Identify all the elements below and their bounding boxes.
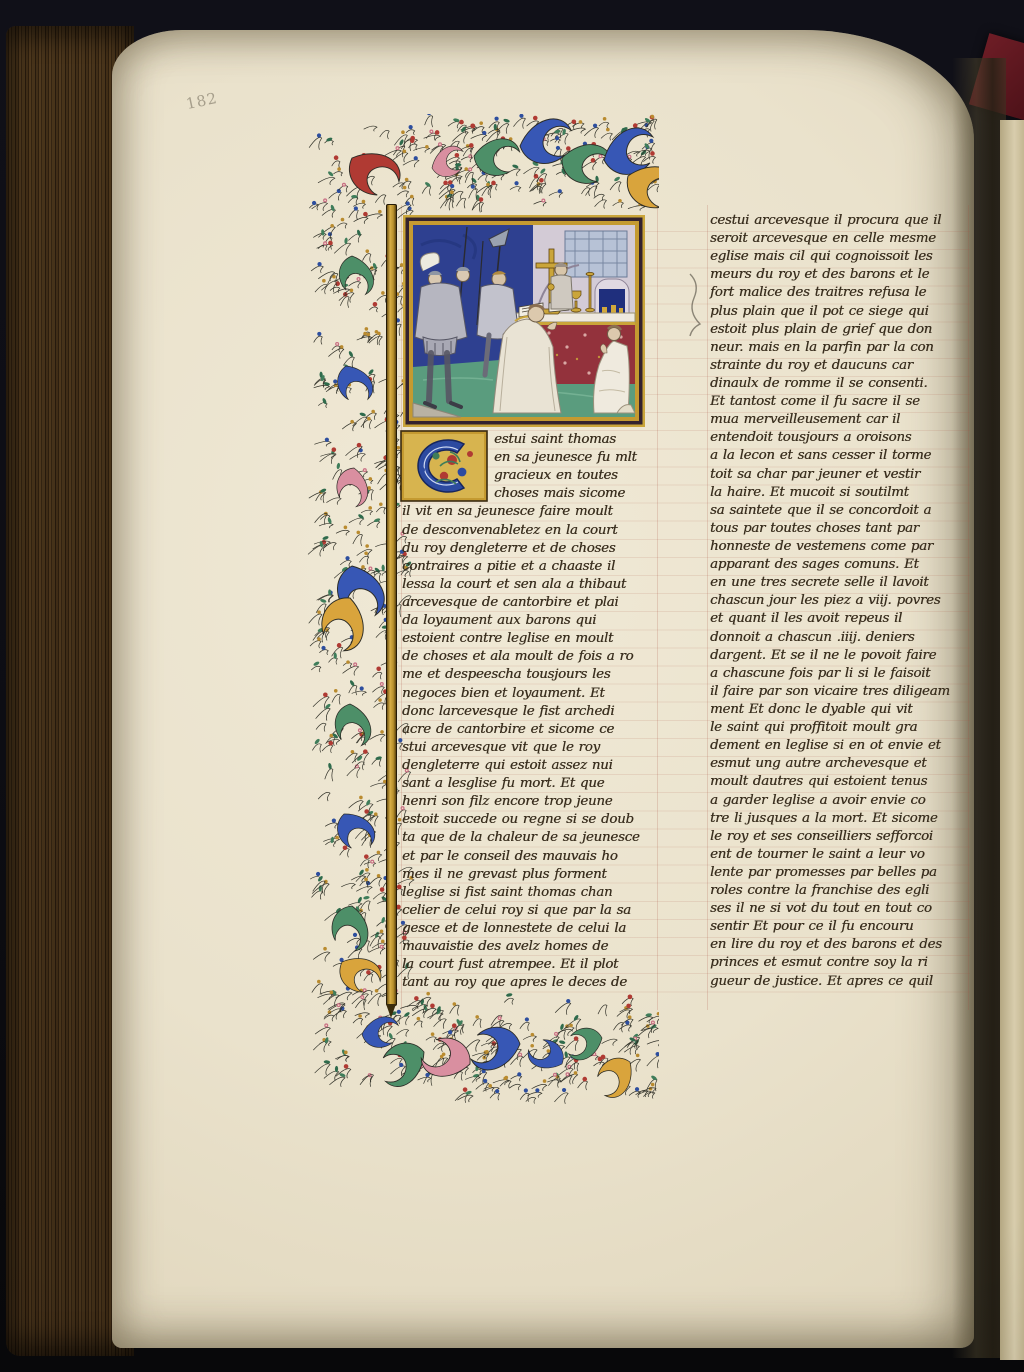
border-sprig [347,933,360,945]
border-sprig [354,212,368,224]
border-sprig [513,114,525,129]
text-line: en lire du roy et des barons et des [710,936,968,954]
border-sprig [396,1029,408,1036]
text-line: me et despeescha tousjours les [402,666,656,684]
border-sprig [554,1088,568,1104]
text-line: meurs du roy et des barons et le [710,266,968,284]
text-line: gracieux en toutes [402,467,656,485]
border-sprig [584,124,598,138]
border-sprig [364,970,373,983]
manuscript-photo: 182 [0,0,1024,1372]
text-line: estui saint thomas [402,431,656,449]
border-sprig [578,1077,588,1090]
border-sprig [353,412,368,428]
border-sprig [369,302,377,312]
text-line: le saint qui proffitoit moult gra [710,719,968,737]
border-sprig [372,682,384,694]
text-line: neur. mais en la parfin par la con [710,339,968,357]
border-sprig [348,277,360,288]
border-sprig [599,117,609,128]
border-sprig [566,1036,579,1050]
border-sprig [395,201,411,214]
border-sprig [561,1072,572,1084]
text-line: celier de celui roy si que par la sa [402,902,656,920]
border-sprig [523,161,539,176]
text-line: toit sa char par jeuner et vestir [710,466,968,484]
border-sprig [534,199,547,207]
text-line: arcevesque de cantorbire et plai [402,594,656,612]
border-sprig [602,1039,617,1045]
border-sprig [314,332,323,345]
border-sprig [312,980,323,995]
text-line: gueur de justice. Et apres ce quil [710,973,968,991]
text-line: la haire. Et mucoit si soutilmt [710,484,968,502]
border-acanthus-scroll [337,254,374,297]
border-sprig [425,114,433,127]
border-sprig [465,1074,480,1082]
right-text-column: cestui arcevesque il procura que ilseroi… [710,212,968,991]
border-sprig [353,531,363,546]
border-sprig [318,170,335,184]
border-sprig [342,420,356,431]
border-sprig [315,1023,330,1036]
border-sprig [511,1072,522,1081]
border-sprig [647,1052,659,1068]
text-line: le roy et ses conseilliers sefforcoi [710,828,968,846]
border-sprig [346,750,358,762]
border-acanthus-scroll [469,1026,522,1072]
border-sprig [450,1002,459,1015]
text-line: stui arcevesque vit que le roy [402,739,656,757]
border-sprig [312,738,321,752]
border-sprig [355,995,366,1010]
text-line: ses il ne si vot du tout en tout co [710,900,968,918]
text-line: eglise mais cil qui cognoissoit les [710,248,968,266]
border-bar-finial [386,1004,396,1018]
border-sprig [325,137,334,145]
text-line: et par le conseil des mauvais ho [402,848,656,866]
border-sprig [527,1088,541,1097]
border-sprig [452,126,468,144]
border-sprig [357,544,372,557]
border-sprig [500,1076,511,1089]
text-line: esmut ung autre archevesque et [710,755,968,773]
text-line: henri son filz encore trop jeune [402,793,656,811]
text-line: strainte du roy et daucuns car [710,357,968,375]
border-sprig [406,125,415,135]
border-sprig [319,646,328,655]
border-sprig [318,398,327,408]
border-sprig [364,860,376,867]
border-acanthus-scroll [472,135,521,179]
border-gold-bar [386,204,397,1006]
text-line: du roy dengleterre et de choses [402,540,656,558]
text-line: entendoit tousjours a oroisons [710,429,968,447]
border-sprig [329,189,342,201]
left-text-column: estui saint thomasen sa jeunesce fu mltg… [402,431,656,992]
border-sprig [313,229,326,239]
border-sprig [529,174,538,190]
border-sprig [647,1038,659,1046]
text-line: Et tantost come il fu sacre il se [710,393,968,411]
border-sprig [509,1084,520,1090]
marginal-pen-mark [676,270,706,340]
border-sprig [490,1089,500,1100]
text-line: tous par toutes choses tant par [710,520,968,538]
text-line: donc larcevesque le fist archedi [402,703,656,721]
border-sprig [619,1037,636,1055]
text-line: negoces bien et loyaument. Et [402,685,656,703]
border-sprig [348,896,362,907]
border-sprig [313,875,325,893]
border-sprig [333,167,342,176]
text-line: honneste de vestemens come par [710,538,968,556]
border-sprig [372,756,382,767]
text-line: ment Et donc le dyable qui vit [710,701,968,719]
border-sprig [309,610,322,625]
border-sprig [313,947,330,962]
border-sprig [332,643,343,658]
border-sprig [598,1005,607,1016]
border-sprig [332,689,340,705]
border-sprig [473,121,484,133]
border-sprig [471,131,487,141]
border-sprig [348,195,358,205]
text-line: et quant il les avoit repeus il [710,610,968,628]
text-line: il faire par son vicaire tres diligeam [710,683,968,701]
border-sprig [361,896,371,911]
border-sprig [311,661,321,672]
text-line: en une tres secrete selle il lavoit [710,574,968,592]
border-sprig [594,194,605,200]
text-line: sentir Et pour ce il fu encouru [710,918,968,936]
text-line: tant au roy que apres le deces de [402,974,656,992]
text-line: apparant des sages comuns. Et [710,556,968,574]
border-sprig [309,133,322,149]
border-sprig [414,1017,422,1028]
text-line: tre li jusques a la mort. Et sicome [710,810,968,828]
text-line: ta que de la chaleur de sa jeunesce [402,829,656,847]
text-line: donnoit a chascun .iiij. deniers [710,629,968,647]
border-sprig [426,1032,436,1042]
border-sprig [403,156,419,167]
text-line: en sa jeunesce fu mlt [402,449,656,467]
border-sprig [328,345,343,358]
border-sprig [561,1071,578,1084]
miniature-scene [413,225,635,417]
border-sprig [422,181,431,195]
border-sprig [369,730,385,742]
text-line: la court fust atrempee. Et il plot [402,956,656,974]
border-sprig [356,881,372,893]
border-sprig [351,869,366,882]
border-sprig [638,1024,652,1038]
border-sprig [440,181,449,192]
text-line: dinaulx de romme il se consenti. [710,375,968,393]
border-sprig [361,506,372,515]
border-sprig [353,1014,363,1025]
border-sprig [316,703,332,721]
border-sprig [532,1079,547,1090]
border-sprig [349,513,365,524]
text-line: contraires a pitie et a chaaste il [402,558,656,576]
border-sprig [332,155,340,168]
border-sprig [337,218,347,229]
border-sprig [316,723,326,731]
text-line: mua merveilleusement car il [710,411,968,429]
text-line: estoit plus plain de grief que don [710,321,968,339]
border-sprig [642,139,655,151]
text-line: sa saintete que il se concordoit a [710,502,968,520]
border-sprig [360,854,369,868]
martyrdom-of-thomas-becket-miniature [403,215,645,427]
border-sprig [390,1063,405,1076]
border-sprig [405,136,417,144]
border-sprig [326,498,341,505]
text-line: acre de cantorbire et sicome ce [402,721,656,739]
border-sprig [325,819,338,829]
text-line: dargent. Et se il ne le povoit faire [710,647,968,665]
text-line: choses mais sicome [402,485,656,503]
border-acanthus-scroll [524,1033,570,1078]
border-acanthus-scroll [589,1050,642,1102]
border-sprig [504,993,513,1005]
border-sprig [565,1014,581,1030]
border-sprig [349,206,358,219]
border-sprig [340,845,350,857]
border-sprig [310,637,321,648]
text-line: a chascune fois par li si le faisoit [710,665,968,683]
text-line: de desconvenabletez en la court [402,522,656,540]
text-line: cestui arcevesque il procura que il [710,212,968,230]
border-sprig [359,551,368,564]
border-sprig [639,1013,653,1023]
border-sprig [372,939,386,950]
border-sprig [510,181,521,191]
text-line: roles contre la franchise des egli [710,882,968,900]
border-sprig [318,224,335,239]
border-sprig [364,126,377,131]
text-line: estoit succede ou regne si se doub [402,811,656,829]
border-acanthus-scroll [328,903,372,953]
border-sprig [318,792,330,801]
border-sprig [343,660,352,667]
text-line: ent de tourner le saint a leur vo [710,846,968,864]
border-sprig [397,186,408,197]
border-sprig [418,1073,431,1082]
border-sprig [448,118,460,128]
border-sprig [473,1015,481,1028]
border-sprig [347,764,360,777]
next-page-edge [1000,120,1024,1360]
text-line: mauvaistie des avelz homes de [402,938,656,956]
border-sprig [613,199,624,208]
border-sprig [366,210,383,219]
border-sprig [322,741,333,753]
border-sprig [456,198,465,208]
border-sprig [520,1017,529,1030]
border-sprig [549,189,563,197]
border-sprig [555,999,571,1015]
border-sprig [315,1060,331,1075]
border-sprig [309,488,327,500]
text-line: princes et esmut contre soy la ri [710,954,968,972]
border-sprig [601,128,612,141]
border-sprig [352,686,367,695]
text-line: seroit arcevesque en celle mesme [710,230,968,248]
text-line: sant a lesglise fu mort. Et que [402,775,656,793]
border-acanthus-scroll [332,947,386,1001]
text-line: chascun jour les piez a viij. povres [710,592,968,610]
text-line: a garder leglise a avoir envie co [710,792,968,810]
border-sprig [368,989,381,1006]
border-sprig [311,262,323,273]
text-line: fort malice des traitres refusa le [710,284,968,302]
border-sprig [367,518,380,528]
text-line: lessa la court et sen ala a thibaut [402,576,656,594]
border-sprig [324,1010,334,1021]
border-acanthus-scroll [334,466,372,509]
text-line: moult dautres qui estoient tenus [710,773,968,791]
border-acanthus-scroll [334,703,371,746]
border-sprig [334,237,350,255]
border-sprig [340,556,351,567]
border-sprig [370,874,382,886]
text-line: gesce et de lonnestete de celui la [402,920,656,938]
border-sprig [369,945,385,954]
text-line: leglise si fist saint thomas chan [402,884,656,902]
text-line: de choses et ala moult de fois a ro [402,648,656,666]
border-sprig [363,249,371,262]
text-line: estoient contre leglise en moult [402,630,656,648]
border-sprig [440,195,451,210]
border-sprig [610,176,621,192]
border-acanthus-scroll [333,360,377,408]
text-line: da loyaument aux barons qui [402,612,656,630]
border-sprig [455,1087,468,1102]
border-sprig [373,667,382,680]
text-line: dement en leglise si en ot envie et [710,737,968,755]
border-sprig [348,229,361,242]
border-sprig [373,698,384,709]
border-sprig [469,184,478,200]
border-sprig [380,130,389,139]
border-sprig [336,526,349,536]
border-sprig [368,851,381,861]
border-sprig [523,1033,536,1042]
border-sprig [314,438,331,447]
text-line: mes il ne grevast plus forment [402,866,656,884]
border-sprig [375,195,386,205]
border-sprig [526,1097,536,1103]
text-line: plus plain que il pot ce siege qui [710,303,968,321]
border-sprig [341,883,355,888]
border-sprig [349,796,364,810]
text-line: lente par promesses par belles pa [710,864,968,882]
border-sprig [325,763,333,782]
border-sprig [506,164,520,176]
text-line: a la lecon et sans cesser il torme [710,447,968,465]
text-line: il vit en sa jeunesce faire moult [402,503,656,521]
ruling-vertical [968,205,969,1010]
border-sprig [355,1013,370,1018]
ruling-vertical [707,205,708,1010]
border-sprig [376,502,385,514]
text-line: dengleterre qui estoit assez nui [402,757,656,775]
border-sprig [595,200,607,209]
border-sprig [434,1019,447,1029]
